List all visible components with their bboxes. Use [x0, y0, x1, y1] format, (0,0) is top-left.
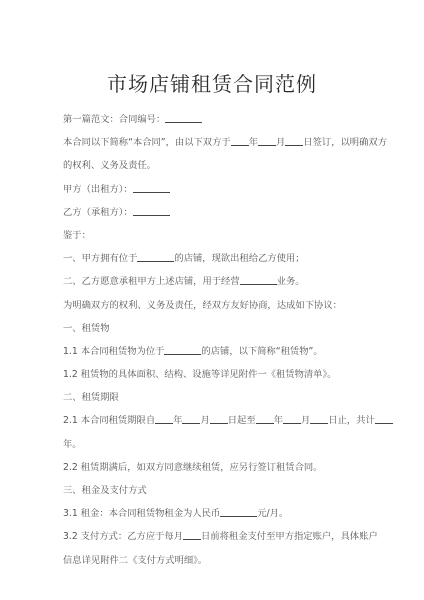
document-body: 第一篇范文：合同编号：本合同以下简称“本合同”，由以下双方于年月日签订，以明确双… — [63, 108, 363, 572]
document-line: 一、租赁物 — [63, 317, 363, 340]
blank-field — [258, 135, 276, 146]
line-text: 业务。 — [277, 276, 305, 287]
line-text: 甲方（出租方）： — [63, 184, 133, 195]
blank-field — [220, 506, 257, 517]
line-text: 年 — [274, 415, 283, 426]
blank-field — [283, 413, 301, 424]
line-text: 年 — [249, 137, 258, 148]
line-text: 日止，共计 — [328, 415, 375, 426]
line-text: 三、租金及支付方式 — [63, 485, 147, 496]
line-text: 的店铺，现欲出租给乙方使用； — [174, 253, 304, 264]
document-line: 二、租赁期限 — [63, 386, 363, 409]
line-text: 日起至 — [228, 415, 256, 426]
document-line: 3.1 租金：本合同租赁物租金为人民币元/月。 — [63, 502, 363, 525]
line-text: 的店铺，以下简称“租赁物”。 — [201, 346, 322, 357]
blank-field — [165, 112, 202, 123]
document-line: 年。 — [63, 433, 363, 456]
line-text: 3.1 租金：本合同租赁物租金为人民币 — [63, 508, 220, 519]
blank-field — [310, 413, 328, 424]
blank-field — [231, 135, 249, 146]
line-text: 鉴于： — [63, 230, 91, 241]
blank-field — [182, 413, 200, 424]
blank-field — [133, 205, 170, 216]
blank-field — [155, 413, 173, 424]
line-text: 日前将租金支付至甲方指定账户，具体账户 — [201, 531, 378, 542]
blank-field — [210, 413, 228, 424]
document-line: 二、乙方愿意承租甲方上述店铺，用于经营业务。 — [63, 270, 363, 293]
line-text: 二、租赁期限 — [63, 392, 119, 403]
document-line: 为明确双方的权利、义务及责任，经双方友好协商，达成如下协议： — [63, 294, 363, 317]
line-text: 本合同以下简称“本合同”，由以下双方于 — [63, 137, 231, 148]
blank-field — [164, 344, 201, 355]
line-text: 月 — [200, 415, 209, 426]
line-text: 月 — [301, 415, 310, 426]
document-line: 第一篇范文：合同编号： — [63, 108, 363, 131]
blank-field — [256, 413, 274, 424]
document-line: 乙方（承租方）： — [63, 201, 363, 224]
document-line: 一、甲方拥有位于的店铺，现欲出租给乙方使用； — [63, 247, 363, 270]
line-text: 2.1 本合同租赁期限自 — [63, 415, 155, 426]
document-title: 市场店铺租赁合同范例 — [0, 68, 424, 97]
blank-field — [137, 251, 174, 262]
line-text: 1.1 本合同租赁物为位于 — [63, 346, 164, 357]
document-line: 鉴于： — [63, 224, 363, 247]
blank-field — [240, 274, 277, 285]
line-text: 二、乙方愿意承租甲方上述店铺，用于经营 — [63, 276, 240, 287]
line-text: 年。 — [63, 439, 82, 450]
document-line: 本合同以下简称“本合同”，由以下双方于年月日签订，以明确双方 — [63, 131, 363, 154]
document-line: 三、租金及支付方式 — [63, 479, 363, 502]
document-page: 市场店铺租赁合同范例 第一篇范文：合同编号：本合同以下简称“本合同”，由以下双方… — [0, 0, 424, 600]
document-line: 信息详见附件二《支付方式明细》。 — [63, 549, 363, 572]
document-line: 2.1 本合同租赁期限自年月日起至年月日止，共计 — [63, 409, 363, 432]
line-text: 一、甲方拥有位于 — [63, 253, 137, 264]
document-line: 甲方（出租方）： — [63, 178, 363, 201]
line-text: 为明确双方的权利、义务及责任，经双方友好协商，达成如下协议： — [63, 300, 342, 311]
blank-field — [375, 413, 393, 424]
line-text: 信息详见附件二《支付方式明细》。 — [63, 555, 207, 566]
blank-field — [183, 529, 201, 540]
line-text: 日签订，以明确双方 — [303, 137, 387, 148]
line-text: 的权利、义务及责任。 — [63, 160, 156, 171]
line-text: 元/月。 — [257, 508, 288, 519]
line-text: 第一篇范文：合同编号： — [63, 114, 165, 125]
document-line: 的权利、义务及责任。 — [63, 154, 363, 177]
blank-field — [285, 135, 303, 146]
document-line: 2.2 租赁期满后，如双方同意继续租赁，应另行签订租赁合同。 — [63, 456, 363, 479]
line-text: 月 — [276, 137, 285, 148]
document-line: 1.2 租赁物的具体面积、结构、设施等详见附件一《租赁物清单》。 — [63, 363, 363, 386]
document-line: 3.2 支付方式：乙方应于每月日前将租金支付至甲方指定账户，具体账户 — [63, 525, 363, 548]
line-text: 年 — [173, 415, 182, 426]
line-text: 一、租赁物 — [63, 323, 110, 334]
line-text: 3.2 支付方式：乙方应于每月 — [63, 531, 183, 542]
blank-field — [133, 182, 170, 193]
line-text: 1.2 租赁物的具体面积、结构、设施等详见附件一《租赁物清单》。 — [63, 369, 336, 380]
document-line: 1.1 本合同租赁物为位于的店铺，以下简称“租赁物”。 — [63, 340, 363, 363]
line-text: 乙方（承租方）： — [63, 207, 133, 218]
line-text: 2.2 租赁期满后，如双方同意继续租赁，应另行签订租赁合同。 — [63, 462, 322, 473]
